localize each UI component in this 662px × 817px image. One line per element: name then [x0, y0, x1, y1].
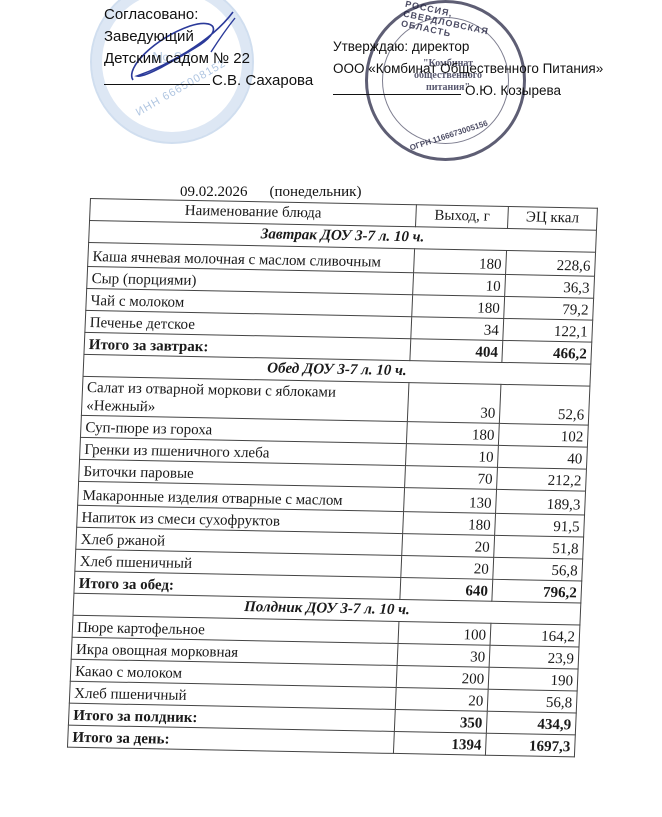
total-kcal: 796,2: [492, 579, 582, 603]
dish-weight: 20: [401, 556, 494, 580]
dish-weight: 180: [414, 249, 507, 275]
approval-company: ООО «Комбинат Общественного Питания»: [333, 58, 603, 80]
header-weight: Выход, г: [416, 205, 509, 229]
total-weight: 404: [410, 339, 503, 363]
dish-weight: 180: [412, 295, 505, 319]
approval-organization: Детским садом № 22: [104, 48, 313, 70]
dish-kcal: 122,1: [503, 318, 593, 342]
day-total-kcal: 1697,3: [486, 733, 576, 757]
dish-kcal: 91,5: [495, 513, 585, 537]
signature-underline: [333, 94, 461, 95]
dish-weight: 20: [402, 534, 495, 558]
dish-kcal: 23,9: [489, 645, 579, 669]
dish-weight: 20: [396, 687, 489, 711]
approval-block-right: Утверждаю: директор ООО «Комбинат Общест…: [333, 36, 603, 102]
dish-kcal: 40: [498, 445, 588, 469]
total-kcal: 466,2: [502, 340, 592, 364]
approval-block-left: Согласовано: Заведующий Детским садом № …: [104, 4, 313, 92]
menu-date-line: 09.02.2026(понедельник): [180, 184, 361, 201]
dish-weight: 180: [403, 512, 496, 536]
dish-kcal: 102: [499, 423, 589, 447]
approval-position: Заведующий: [104, 26, 313, 48]
dish-weight: 10: [406, 444, 499, 468]
dish-kcal: 212,2: [497, 467, 587, 491]
dish-kcal: 56,8: [493, 557, 583, 581]
dish-weight: 100: [398, 622, 491, 646]
approval-approve-label: Утверждаю: директор: [333, 36, 603, 58]
dish-weight: 30: [397, 644, 490, 668]
approval-agreed-label: Согласовано:: [104, 4, 313, 26]
dish-weight: 10: [413, 273, 506, 297]
dish-kcal: 164,2: [490, 623, 580, 647]
total-weight: 350: [395, 709, 488, 733]
stamp-ogrn: ОГРН 1166673005156: [409, 119, 489, 153]
dish-weight: 34: [411, 317, 504, 341]
dish-kcal: 228,6: [506, 251, 596, 277]
dish-kcal: 36,3: [505, 274, 595, 298]
menu-table: Наименование блюда Выход, г ЭЦ ккал Завт…: [67, 198, 598, 757]
menu-weekday: (понедельник): [270, 184, 362, 200]
dish-weight: 130: [404, 488, 497, 514]
dish-weight: 180: [407, 422, 500, 446]
approval-signature-line: О.Ю. Козырева: [333, 80, 603, 102]
menu-table-container: Наименование блюда Выход, г ЭЦ ккал Завт…: [67, 198, 598, 757]
dish-kcal: 79,2: [504, 296, 594, 320]
total-weight: 640: [400, 578, 493, 602]
signature-underline: [104, 84, 210, 85]
dish-kcal: 190: [488, 667, 578, 691]
dish-weight: 200: [396, 665, 489, 689]
menu-table-body: Завтрак ДОУ 3-7 л. 10 ч.Каша ячневая мол…: [67, 220, 596, 756]
approval-signature-line: С.В. Сахарова: [104, 70, 313, 92]
total-kcal: 434,9: [486, 711, 576, 735]
day-total-weight: 1394: [394, 731, 487, 755]
approval-signatory: О.Ю. Козырева: [465, 83, 561, 98]
menu-date: 09.02.2026: [180, 184, 248, 200]
dish-weight: 70: [405, 466, 498, 490]
dish-weight: 30: [408, 383, 501, 424]
header-kcal: ЭЦ ккал: [508, 207, 598, 231]
approval-signatory: С.В. Сахарова: [212, 72, 313, 89]
dish-name: Салат из отварной моркови с яблоками «Не…: [81, 376, 409, 421]
dish-kcal: 189,3: [496, 489, 586, 515]
dish-kcal: 52,6: [499, 384, 589, 425]
dish-kcal: 51,8: [494, 535, 584, 559]
dish-kcal: 56,8: [487, 689, 577, 713]
